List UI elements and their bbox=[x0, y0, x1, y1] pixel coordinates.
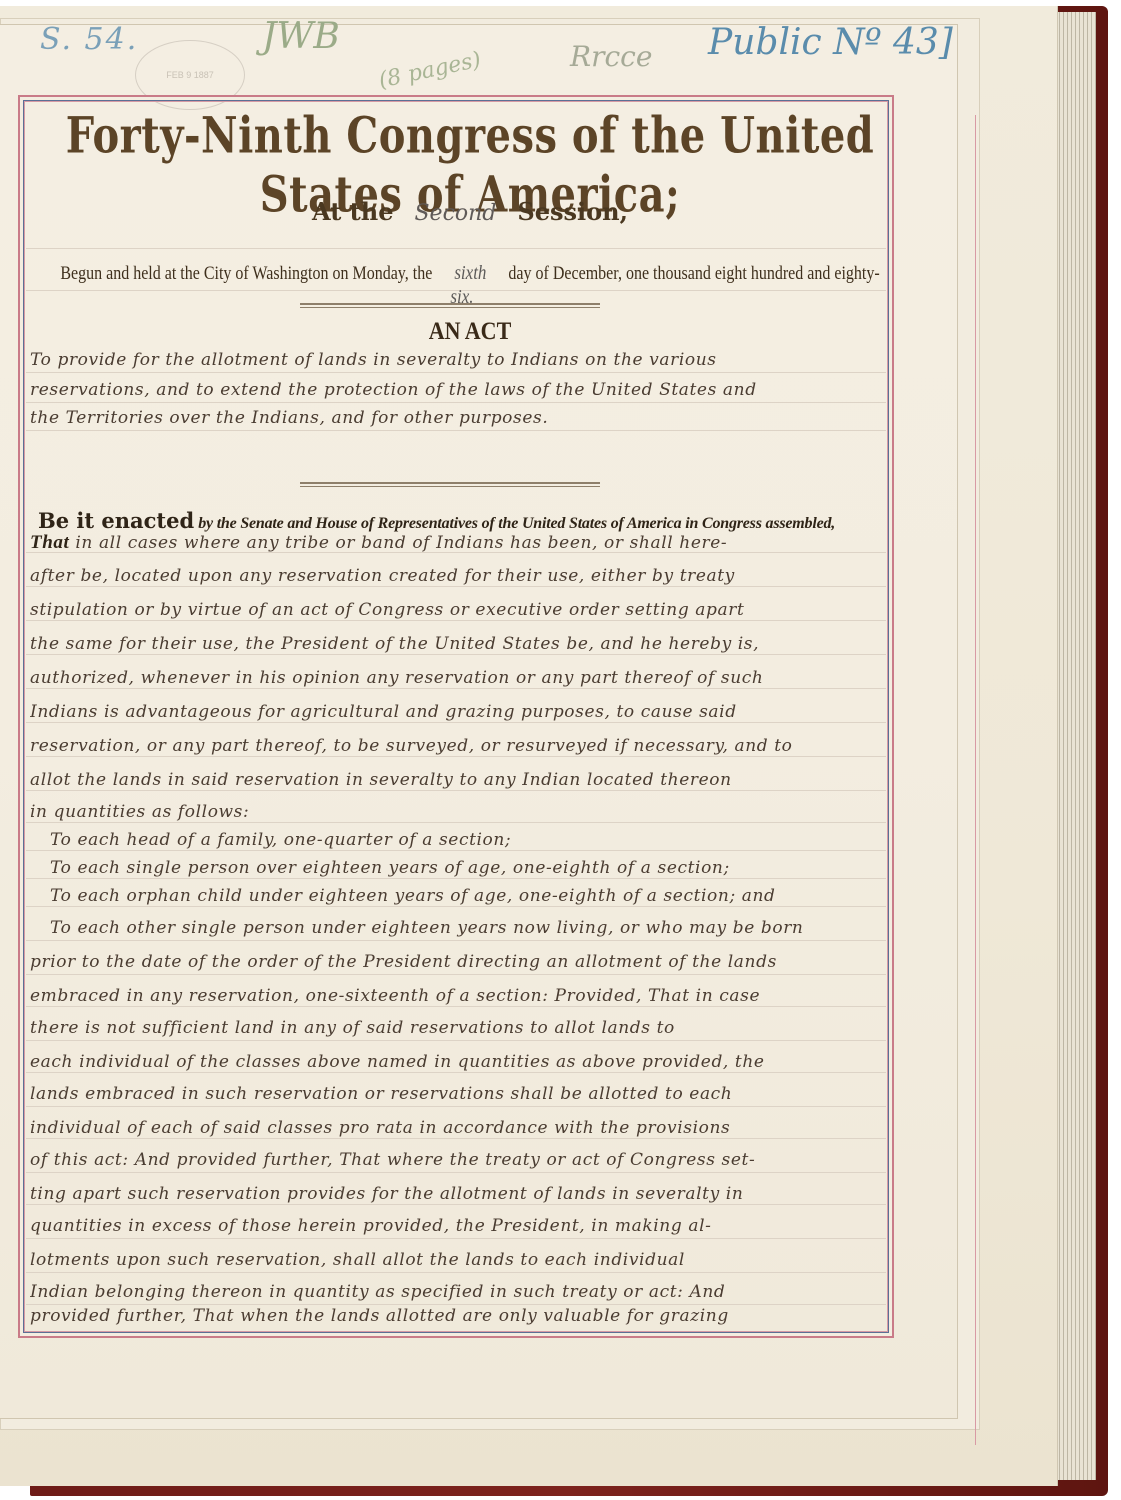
ruled-line bbox=[26, 1106, 886, 1107]
continuation-line: lotments upon such reservation, shall al… bbox=[30, 1250, 882, 1270]
allotment-line: To each single person over eighteen year… bbox=[50, 858, 882, 878]
ruled-line bbox=[26, 878, 886, 879]
continuation-line: provided further, That when the lands al… bbox=[30, 1306, 882, 1326]
continuation-line: prior to the date of the order of the Pr… bbox=[30, 952, 882, 972]
body-line: the same for their use, the President of… bbox=[30, 634, 882, 654]
ruled-line bbox=[26, 1072, 886, 1073]
ruled-line bbox=[26, 1204, 886, 1205]
ruled-line bbox=[26, 822, 886, 823]
begun-middle: day of December, one thousand eight hund… bbox=[508, 263, 879, 283]
body-line: stipulation or by virtue of an act of Co… bbox=[30, 600, 882, 620]
ruled-line bbox=[26, 248, 886, 249]
ruled-line bbox=[26, 1138, 886, 1139]
body-line: in quantities as follows: bbox=[30, 802, 882, 822]
divider-rule bbox=[300, 303, 600, 308]
session-suffix: Session, bbox=[517, 197, 628, 226]
ruled-line bbox=[26, 620, 886, 621]
ruled-line bbox=[26, 974, 886, 975]
divider-rule bbox=[300, 482, 600, 487]
continuation-line: ting apart such reservation provides for… bbox=[30, 1184, 882, 1204]
body-line-text: in all cases where any tribe or band of … bbox=[75, 533, 727, 553]
session-line: At the Second Session, bbox=[40, 197, 900, 226]
that-word: That bbox=[30, 532, 69, 553]
begun-prefix: Begun and held at the City of Washington… bbox=[60, 263, 432, 283]
ruled-line bbox=[26, 1040, 886, 1041]
continuation-line: embraced in any reservation, one-sixteen… bbox=[30, 986, 882, 1006]
act-heading: AN ACT bbox=[40, 316, 900, 346]
continuation-line: of this act: And provided further, That … bbox=[30, 1150, 882, 1170]
begun-line: Begun and held at the City of Washington… bbox=[40, 261, 900, 309]
purpose-line: To provide for the allotment of lands in… bbox=[30, 350, 882, 370]
body-line: after be, located upon any reservation c… bbox=[30, 566, 882, 586]
ruled-line bbox=[26, 722, 886, 723]
ruled-line bbox=[26, 1006, 886, 1007]
ruled-line bbox=[26, 402, 886, 403]
document-photo: S. 54. FEB 9 1887 JWB (8 pages) Rrcce Pu… bbox=[0, 0, 1121, 1500]
ruled-line bbox=[26, 906, 886, 907]
ruled-line bbox=[26, 850, 886, 851]
continuation-line: Indian belonging thereon in quantity as … bbox=[30, 1282, 882, 1302]
ruled-line bbox=[26, 756, 886, 757]
ruled-line bbox=[26, 688, 886, 689]
annotation-bill-number: S. 54. bbox=[40, 22, 138, 57]
margin-rule bbox=[975, 115, 976, 1445]
body-line: reservation, or any part thereof, to be … bbox=[30, 736, 882, 756]
annotation-public-law-number: Public Nº 43] bbox=[708, 22, 953, 63]
ruled-line bbox=[26, 1272, 886, 1273]
allotment-line: To each orphan child under eighteen year… bbox=[50, 886, 882, 906]
continuation-line: there is not sufficient land in any of s… bbox=[30, 1018, 882, 1038]
continuation-line: lands embraced in such reservation or re… bbox=[30, 1084, 882, 1104]
continuation-line: each individual of the classes above nam… bbox=[30, 1052, 882, 1072]
stamp-date: FEB 9 1887 bbox=[166, 70, 214, 80]
body-line: Thatin all cases where any tribe or band… bbox=[30, 532, 882, 554]
continuation-line: individual of each of said classes pro r… bbox=[30, 1118, 882, 1138]
allotment-line: To each other single person under eighte… bbox=[50, 918, 882, 938]
ruled-line bbox=[26, 586, 886, 587]
ruled-line bbox=[26, 1172, 886, 1173]
begun-day-handwritten: sixth bbox=[454, 261, 486, 284]
body-line: Indians is advantageous for agricultural… bbox=[30, 702, 882, 722]
annotation-mark: Rrcce bbox=[570, 40, 652, 73]
ruled-line bbox=[26, 1238, 886, 1239]
ruled-line bbox=[26, 654, 886, 655]
ruled-line bbox=[26, 940, 886, 941]
enacting-clause-italic: by the Senate and House of Representativ… bbox=[198, 515, 835, 532]
annotation-initials: JWB bbox=[262, 16, 340, 57]
continuation-line: quantities in excess of those herein pro… bbox=[30, 1216, 882, 1236]
purpose-line: the Territories over the Indians, and fo… bbox=[30, 408, 882, 428]
ruled-line bbox=[26, 430, 886, 431]
ruled-line bbox=[26, 1304, 886, 1305]
body-line: allot the lands in said reservation in s… bbox=[30, 770, 882, 790]
session-number-handwritten: Second bbox=[414, 201, 496, 226]
allotment-line: To each head of a family, one-quarter of… bbox=[50, 830, 882, 850]
enacting-clause-gothic: Be it enacted bbox=[38, 508, 194, 533]
body-line: authorized, whenever in his opinion any … bbox=[30, 668, 882, 688]
session-prefix: At the bbox=[312, 197, 393, 226]
enacting-clause: Be it enacted by the Senate and House of… bbox=[38, 508, 890, 533]
ruled-line bbox=[26, 790, 886, 791]
ruled-line bbox=[26, 372, 886, 373]
purpose-line: reservations, and to extend the protecti… bbox=[30, 380, 882, 400]
